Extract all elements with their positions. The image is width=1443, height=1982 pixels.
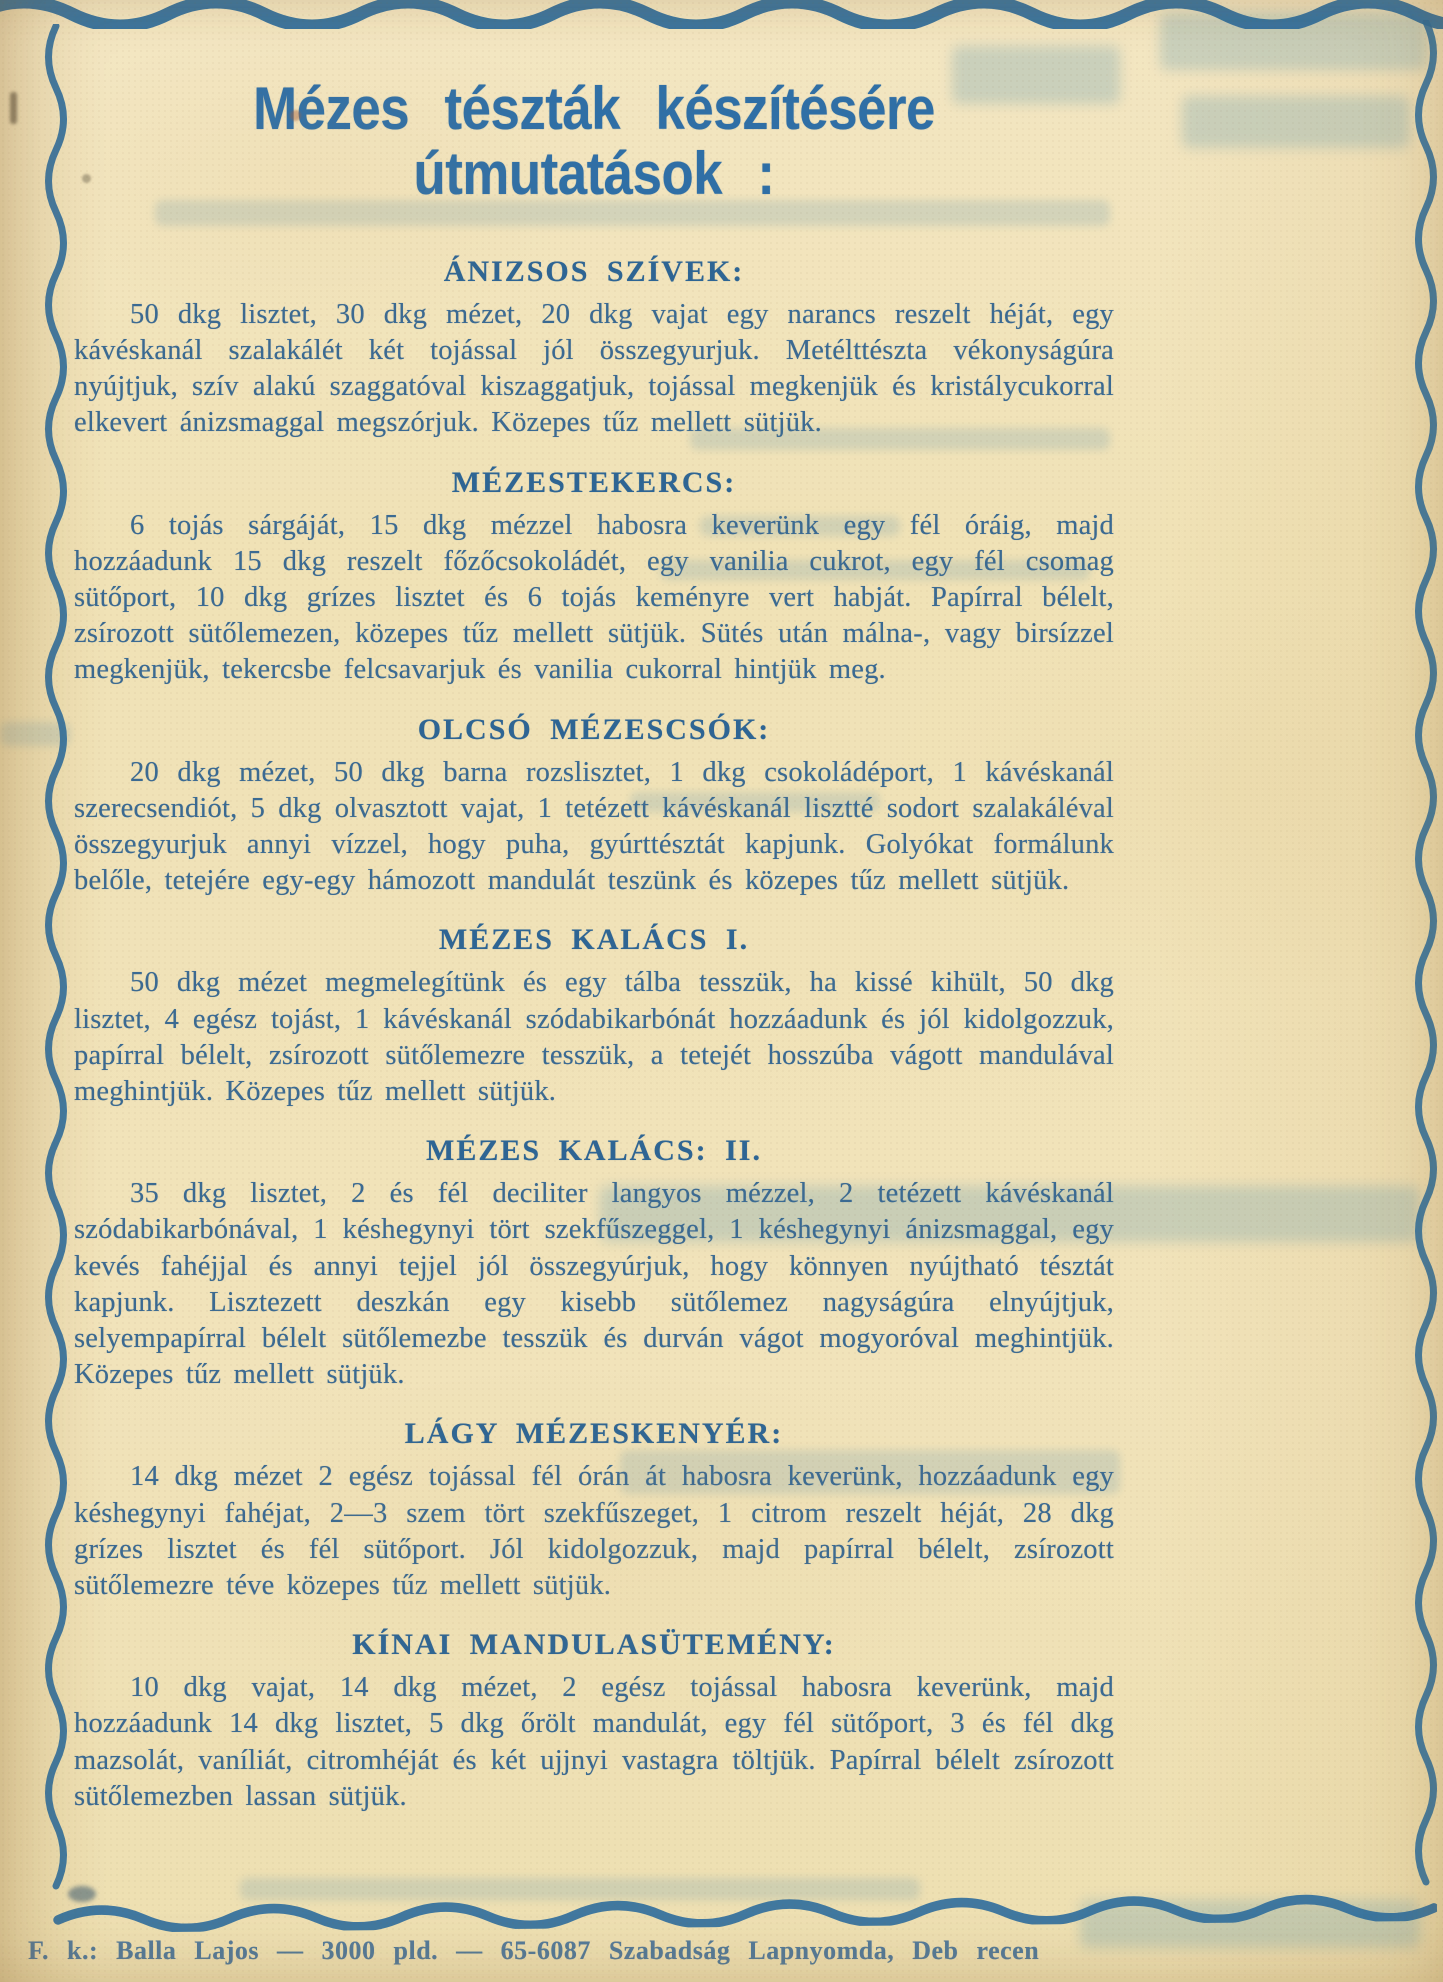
recipe-body: 20 dkg mézet, 50 dkg barna rozslisztet, … — [74, 755, 1114, 900]
wavy-border-left — [40, 24, 70, 1908]
recipe-body: 50 dkg mézet megmelegítünk és egy tálba … — [74, 965, 1114, 1110]
paper-stain — [68, 1886, 96, 1902]
recipe-body: 14 dkg mézet 2 egész tojással fél órán á… — [74, 1459, 1114, 1604]
scanned-recipe-page: Mézes tészták készítésére útmutatások : … — [0, 0, 1443, 1982]
recipe-body: 6 tojás sárgáját, 15 dkg mézzel habosra … — [74, 508, 1114, 689]
recipe-heading: KÍNAI MANDULASÜTEMÉNY: — [74, 1630, 1114, 1660]
recipe-section-mezes-kalacs-2: MÉZES KALÁCS: II. 35 dkg lisztet, 2 és f… — [74, 1136, 1114, 1393]
recipe-heading: MÉZES KALÁCS: II. — [74, 1136, 1114, 1166]
recipe-section-mezes-kalacs-1: MÉZES KALÁCS I. 50 dkg mézet megmelegítü… — [74, 925, 1114, 1110]
recipe-body: 10 dkg vajat, 14 dkg mézet, 2 egész tojá… — [74, 1670, 1114, 1815]
recipe-section-kinai-mandulasutemeny: KÍNAI MANDULASÜTEMÉNY: 10 dkg vajat, 14 … — [74, 1630, 1114, 1815]
imprint-line: F. k.: Balla Lajos — 3000 pld. — 65-6087… — [28, 1936, 1039, 1966]
recipe-heading: LÁGY MÉZESKENYÉR: — [74, 1419, 1114, 1449]
recipe-section-olcso-mezescsok: OLCSÓ MÉZESCSÓK: 20 dkg mézet, 50 dkg ba… — [74, 715, 1114, 900]
recipe-heading: MÉZES KALÁCS I. — [74, 925, 1114, 955]
recipe-body: 50 dkg lisztet, 30 dkg mézet, 20 dkg vaj… — [74, 297, 1114, 442]
recipe-section-mezestekercs: MÉZESTEKERCS: 6 tojás sárgáját, 15 dkg m… — [74, 468, 1114, 689]
recipe-section-lagy-mezeskenyer: LÁGY MÉZESKENYÉR: 14 dkg mézet 2 egész t… — [74, 1419, 1114, 1604]
recipe-heading: MÉZESTEKERCS: — [74, 468, 1114, 498]
page-title: Mézes tészták készítésére útmutatások : — [95, 76, 1093, 207]
recipe-body: 35 dkg lisztet, 2 és fél deciliter langy… — [74, 1176, 1114, 1393]
recipe-heading: ÁNIZSOS SZÍVEK: — [74, 257, 1114, 287]
bleedthrough-smudge — [1182, 96, 1410, 148]
wavy-border-right — [1412, 20, 1442, 1904]
paper-stain — [10, 92, 17, 124]
recipe-heading: OLCSÓ MÉZESCSÓK: — [74, 715, 1114, 745]
recipe-section-anizsos-szivek: ÁNIZSOS SZÍVEK: 50 dkg lisztet, 30 dkg m… — [74, 257, 1114, 442]
wavy-border-top — [0, 0, 1443, 29]
page-content: Mézes tészták készítésére útmutatások : … — [74, 56, 1114, 1815]
